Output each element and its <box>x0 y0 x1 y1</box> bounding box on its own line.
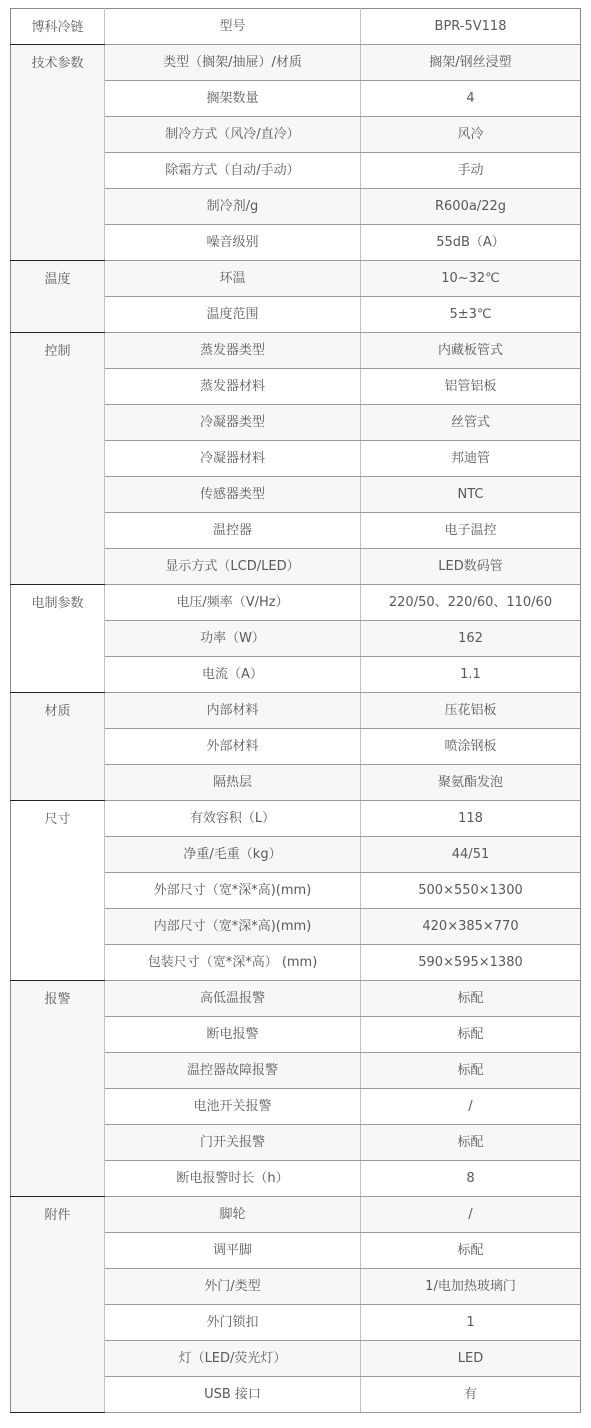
parameter-cell: 制冷剂/g <box>105 189 361 225</box>
value-cell: 5±3℃ <box>361 297 581 333</box>
parameter-cell: 型号 <box>105 9 361 45</box>
parameter-cell: 脚轮 <box>105 1197 361 1233</box>
value-cell: 丝管式 <box>361 405 581 441</box>
parameter-cell: 搁架数量 <box>105 81 361 117</box>
value-cell: 手动 <box>361 153 581 189</box>
value-cell: 44/51 <box>361 837 581 873</box>
category-cell: 附件 <box>11 1197 105 1413</box>
value-cell: NTC <box>361 477 581 513</box>
value-cell: / <box>361 1089 581 1125</box>
parameter-cell: 外部尺寸（宽*深*高)(mm) <box>105 873 361 909</box>
parameter-cell: 功率（W） <box>105 621 361 657</box>
parameter-cell: 类型（搁架/抽屉）/材质 <box>105 45 361 81</box>
value-cell: 搁架/钢丝浸塑 <box>361 45 581 81</box>
parameter-cell: 温控器故障报警 <box>105 1053 361 1089</box>
value-cell: 铝管铝板 <box>361 369 581 405</box>
value-cell: 压花铝板 <box>361 693 581 729</box>
parameter-cell: 除霜方式（自动/手动） <box>105 153 361 189</box>
category-cell: 电制参数 <box>11 585 105 693</box>
value-cell: 55dB（A） <box>361 225 581 261</box>
parameter-cell: 电压/频率（V/Hz） <box>105 585 361 621</box>
parameter-cell: 净重/毛重（kg） <box>105 837 361 873</box>
value-cell: 有 <box>361 1377 581 1413</box>
value-cell: 标配 <box>361 1017 581 1053</box>
value-cell: 4 <box>361 81 581 117</box>
value-cell: 8 <box>361 1161 581 1197</box>
value-cell: 电子温控 <box>361 513 581 549</box>
value-cell: 标配 <box>361 981 581 1017</box>
value-cell: R600a/22g <box>361 189 581 225</box>
parameter-cell: 电流（A） <box>105 657 361 693</box>
parameter-cell: 温度范围 <box>105 297 361 333</box>
parameter-cell: 外门/类型 <box>105 1269 361 1305</box>
parameter-cell: 噪音级别 <box>105 225 361 261</box>
value-cell: 标配 <box>361 1053 581 1089</box>
parameter-cell: 隔热层 <box>105 765 361 801</box>
parameter-cell: USB 接口 <box>105 1377 361 1413</box>
value-cell: 118 <box>361 801 581 837</box>
category-cell: 材质 <box>11 693 105 801</box>
parameter-cell: 蒸发器材料 <box>105 369 361 405</box>
product-spec-page: 博科冷链型号BPR-5V118技术参数类型（搁架/抽屉）/材质搁架/钢丝浸塑搁架… <box>0 0 591 1428</box>
value-cell: 220/50、220/60、110/60 <box>361 585 581 621</box>
category-cell: 博科冷链 <box>11 9 105 45</box>
value-cell: 10~32℃ <box>361 261 581 297</box>
table-row: 电制参数电压/频率（V/Hz）220/50、220/60、110/60 <box>11 585 581 621</box>
table-row: 材质内部材料压花铝板 <box>11 693 581 729</box>
value-cell: 聚氨酯发泡 <box>361 765 581 801</box>
category-cell: 报警 <box>11 981 105 1197</box>
value-cell: / <box>361 1197 581 1233</box>
value-cell: 420×385×770 <box>361 909 581 945</box>
parameter-cell: 高低温报警 <box>105 981 361 1017</box>
parameter-cell: 断电报警时长（h） <box>105 1161 361 1197</box>
parameter-cell: 门开关报警 <box>105 1125 361 1161</box>
parameter-cell: 外部材料 <box>105 729 361 765</box>
table-row: 报警高低温报警标配 <box>11 981 581 1017</box>
value-cell: 内藏板管式 <box>361 333 581 369</box>
value-cell: 风冷 <box>361 117 581 153</box>
parameter-cell: 灯（LED/荧光灯） <box>105 1341 361 1377</box>
table-row: 附件脚轮/ <box>11 1197 581 1233</box>
parameter-cell: 调平脚 <box>105 1233 361 1269</box>
parameter-cell: 传感器类型 <box>105 477 361 513</box>
parameter-cell: 有效容积（L） <box>105 801 361 837</box>
value-cell: 162 <box>361 621 581 657</box>
parameter-cell: 电池开关报警 <box>105 1089 361 1125</box>
value-cell: LED数码管 <box>361 549 581 585</box>
category-cell: 温度 <box>11 261 105 333</box>
value-cell: 500×550×1300 <box>361 873 581 909</box>
parameter-cell: 制冷方式（风冷/直冷） <box>105 117 361 153</box>
table-row: 温度环温10~32℃ <box>11 261 581 297</box>
spec-table: 博科冷链型号BPR-5V118技术参数类型（搁架/抽屉）/材质搁架/钢丝浸塑搁架… <box>10 8 581 1413</box>
parameter-cell: 蒸发器类型 <box>105 333 361 369</box>
parameter-cell: 冷凝器材料 <box>105 441 361 477</box>
value-cell: BPR-5V118 <box>361 9 581 45</box>
parameter-cell: 显示方式（LCD/LED） <box>105 549 361 585</box>
value-cell: 590×595×1380 <box>361 945 581 981</box>
parameter-cell: 内部尺寸（宽*深*高)(mm) <box>105 909 361 945</box>
table-row: 技术参数类型（搁架/抽屉）/材质搁架/钢丝浸塑 <box>11 45 581 81</box>
category-cell: 技术参数 <box>11 45 105 261</box>
parameter-cell: 内部材料 <box>105 693 361 729</box>
value-cell: LED <box>361 1341 581 1377</box>
value-cell: 邦迪管 <box>361 441 581 477</box>
value-cell: 标配 <box>361 1125 581 1161</box>
category-cell: 尺寸 <box>11 801 105 981</box>
table-row: 控制蒸发器类型内藏板管式 <box>11 333 581 369</box>
parameter-cell: 冷凝器类型 <box>105 405 361 441</box>
value-cell: 1/电加热玻璃门 <box>361 1269 581 1305</box>
parameter-cell: 外门锁扣 <box>105 1305 361 1341</box>
table-row: 尺寸有效容积（L）118 <box>11 801 581 837</box>
table-row: 博科冷链型号BPR-5V118 <box>11 9 581 45</box>
spec-table-body: 博科冷链型号BPR-5V118技术参数类型（搁架/抽屉）/材质搁架/钢丝浸塑搁架… <box>11 9 581 1413</box>
value-cell: 喷涂钢板 <box>361 729 581 765</box>
parameter-cell: 环温 <box>105 261 361 297</box>
parameter-cell: 断电报警 <box>105 1017 361 1053</box>
parameter-cell: 包装尺寸（宽*深*高） (mm) <box>105 945 361 981</box>
value-cell: 标配 <box>361 1233 581 1269</box>
value-cell: 1 <box>361 1305 581 1341</box>
value-cell: 1.1 <box>361 657 581 693</box>
parameter-cell: 温控器 <box>105 513 361 549</box>
category-cell: 控制 <box>11 333 105 585</box>
